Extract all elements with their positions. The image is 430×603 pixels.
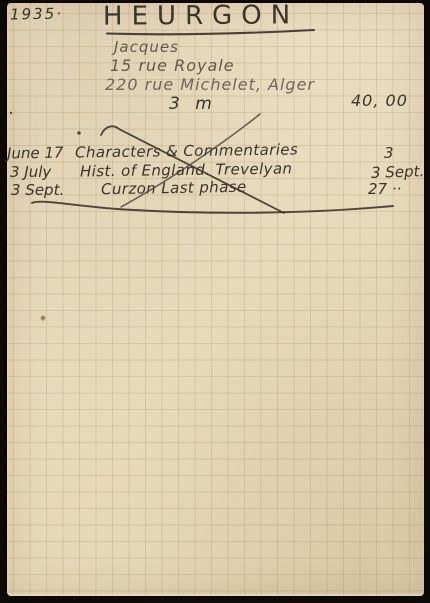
subscription-term: 3 m (169, 94, 212, 114)
entry-date: 3 Sept. (11, 181, 64, 199)
stain-speck-center (42, 317, 44, 319)
entry-title: Hist. of England. Trevelyan (80, 160, 293, 181)
entry-note: 3 (384, 144, 394, 162)
stain-speck (40, 315, 45, 320)
entry-date: 3 July (10, 163, 51, 181)
ink-dot-large (77, 131, 81, 135)
year-label: 1935· (10, 5, 63, 24)
entry-note: 3 Sept. (371, 162, 425, 182)
amount-paid: 40, 00 (351, 91, 408, 110)
ink-dot-small (10, 112, 12, 114)
library-card: 1935· HEURGON Jacques 15 rue Royale 220 … (7, 3, 424, 596)
borrower-surname: HEURGON (103, 0, 299, 31)
borrower-first-name: Jacques (114, 38, 179, 56)
entries-underline (32, 202, 393, 213)
address-line-1: 15 rue Royale (110, 56, 235, 75)
entry-note: 27 ·· (368, 180, 401, 198)
entry-title: Characters & Commentaries (75, 140, 298, 161)
entry-title: Curzon Last phase (101, 178, 247, 199)
address-line-2: 220 rue Michelet, Alger (105, 75, 315, 94)
photo-background: 1935· HEURGON Jacques 15 rue Royale 220 … (0, 0, 430, 603)
entry-date: June 17 (7, 144, 64, 163)
